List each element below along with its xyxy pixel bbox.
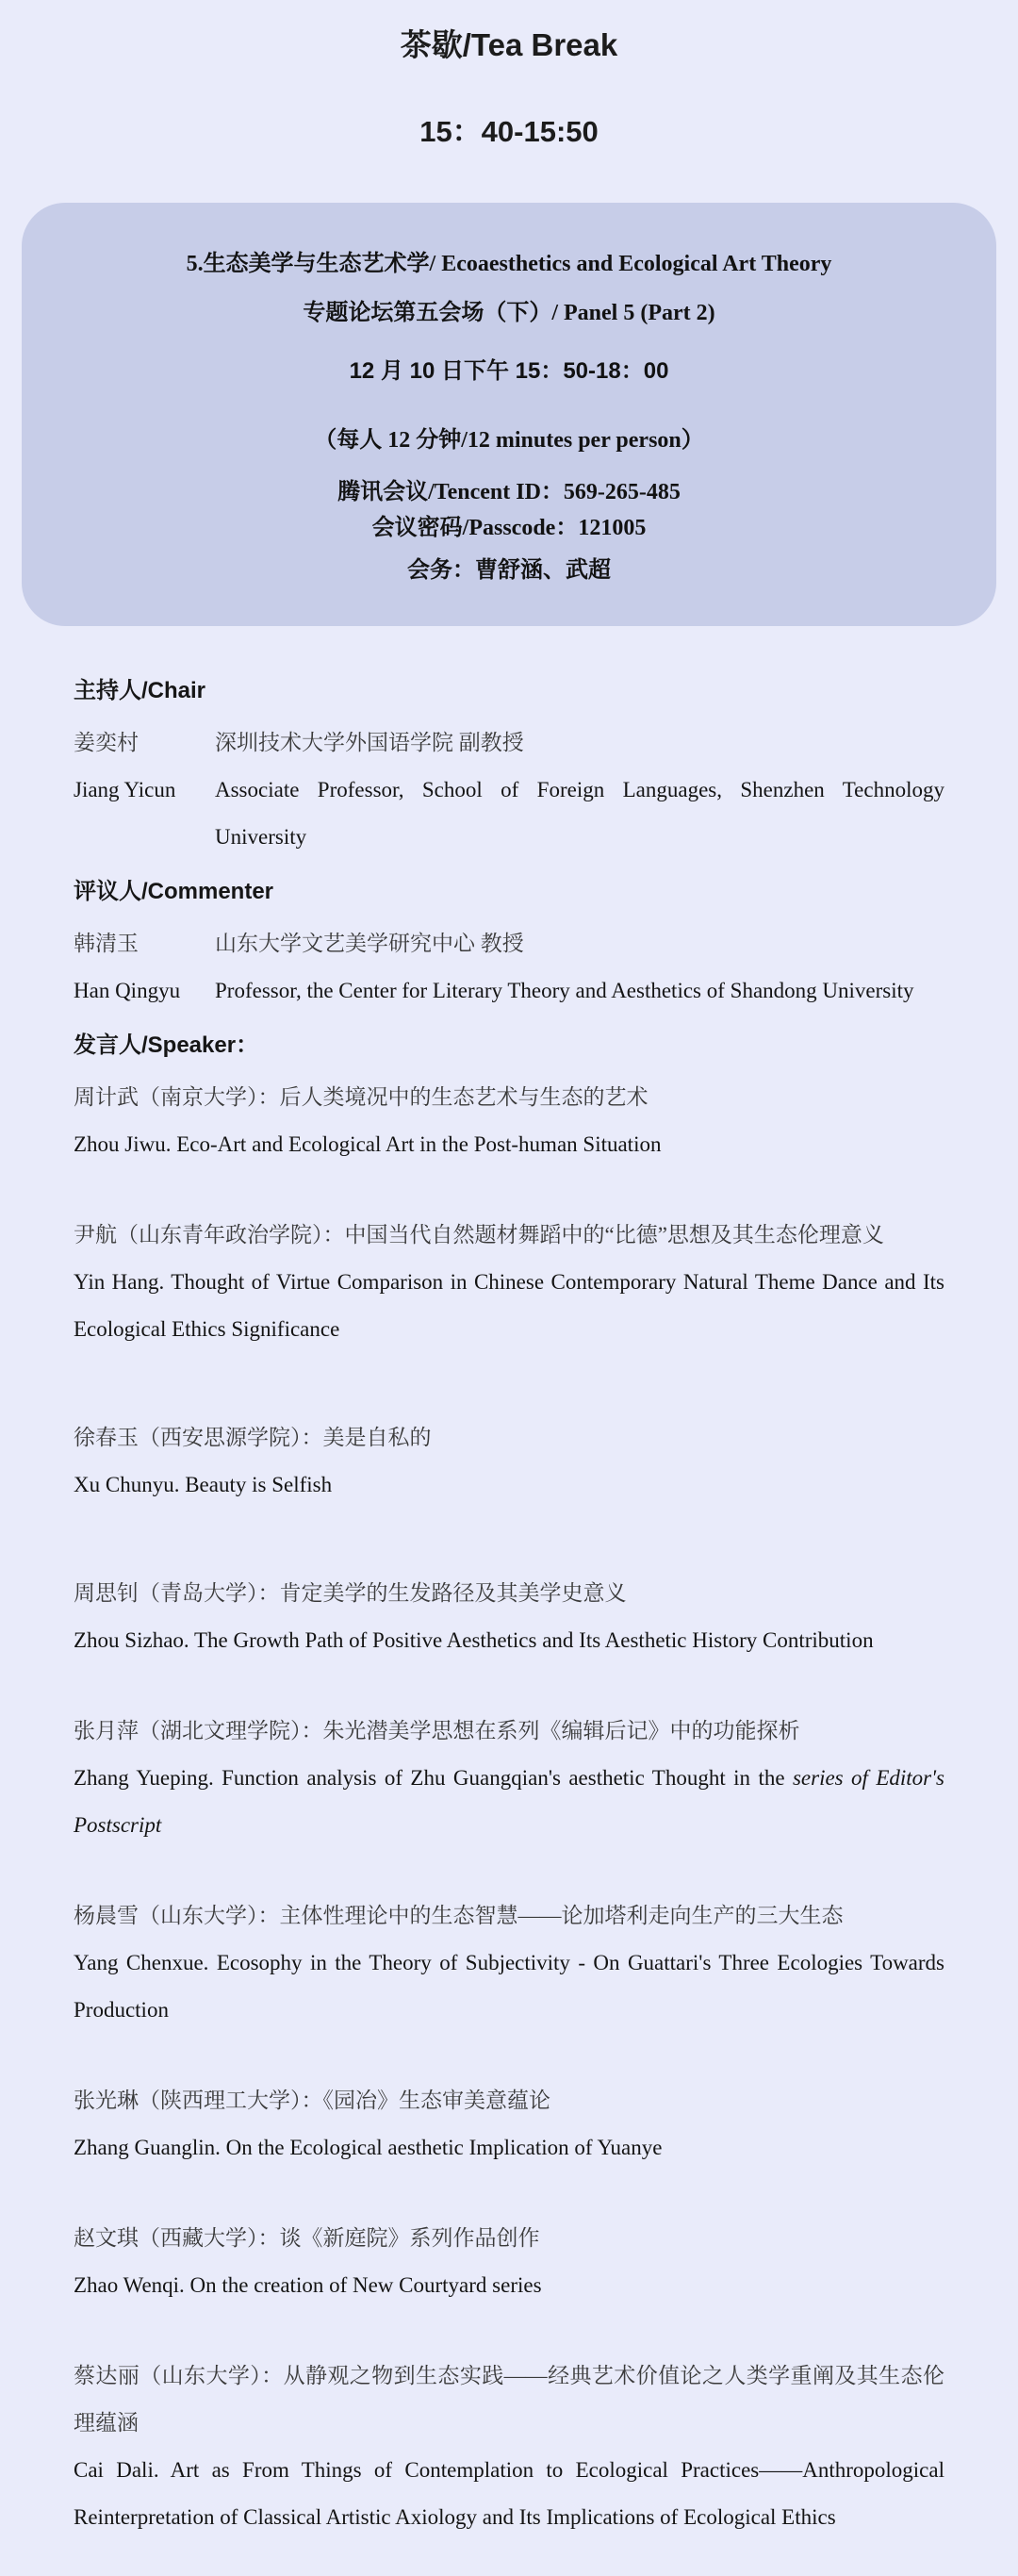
speaker-title-zh: 张月萍（湖北文理学院）：朱光潜美学思想在系列《编辑后记》中的功能探析	[74, 1708, 944, 1755]
speaker-title-zh: 蔡达丽（山东大学）：从静观之物到生态实践——经典艺术价值论之人类学重阐及其生态伦…	[74, 2353, 944, 2447]
speakers-heading: 发言人/Speaker：	[74, 1022, 944, 1069]
panel-staff: 会务：曹舒涵、武超	[50, 553, 968, 588]
speaker-item: 徐春玉（西安思源学院）：美是自私的 Xu Chunyu. Beauty is S…	[74, 1414, 944, 1509]
speaker-title-zh: 尹航（山东青年政治学院）：中国当代自然题材舞蹈中的“比德”思想及其生态伦理意义	[74, 1212, 944, 1259]
speaker-title-en: Zhou Jiwu. Eco-Art and Ecological Art in…	[74, 1121, 944, 1168]
speaker-item: 赵文琪（西藏大学）：谈《新庭院》系列作品创作 Zhao Wenqi. On th…	[74, 2215, 944, 2309]
chair-name-zh: 姜奕村	[74, 719, 215, 767]
chair-affiliation-en: Associate Professor, School of Foreign L…	[215, 767, 944, 861]
speaker-title-en: Cai Dali. Art as From Things of Contempl…	[74, 2447, 944, 2541]
speaker-title-en-text: Zhang Yueping. Function analysis of Zhu …	[74, 1766, 793, 1790]
panel-session: 专题论坛第五会场（下）/ Panel 5 (Part 2)	[50, 295, 968, 331]
panel-tencent-id: 腾讯会议/Tencent ID：569-265-485	[50, 474, 968, 510]
speaker-title-zh: 张光琳（陕西理工大学）：《园冶》生态审美意蕴论	[74, 2077, 944, 2124]
commenter-name-zh: 韩清玉	[74, 920, 215, 967]
chair-name-en: Jiang Yicun	[74, 767, 215, 861]
speaker-title-en: Xu Chunyu. Beauty is Selfish	[74, 1461, 944, 1509]
speaker-item: 杨晨雪（山东大学）：主体性理论中的生态智慧——论加塔利走向生产的三大生态 Yan…	[74, 1892, 944, 2034]
page-title: 茶歇/Tea Break	[0, 0, 1018, 66]
chair-row-en: Jiang Yicun Associate Professor, School …	[74, 767, 944, 861]
panel-time-per-person: （每人 12 分钟/12 minutes per person）	[50, 422, 968, 458]
chair-heading: 主持人/Chair	[74, 668, 944, 715]
speaker-item: 周思钊（青岛大学）：肯定美学的生发路径及其美学史意义 Zhou Sizhao. …	[74, 1570, 944, 1664]
speaker-title-en: Zhou Sizhao. The Growth Path of Positive…	[74, 1617, 944, 1664]
commenter-heading: 评议人/Commenter	[74, 868, 944, 916]
speaker-title-zh: 杨晨雪（山东大学）：主体性理论中的生态智慧——论加塔利走向生产的三大生态	[74, 1892, 944, 1940]
commenter-name-en: Han Qingyu	[74, 967, 215, 1015]
speaker-item: 张光琳（陕西理工大学）：《园冶》生态审美意蕴论 Zhang Guanglin. …	[74, 2077, 944, 2171]
program-body: 主持人/Chair 姜奕村 深圳技术大学外国语学院 副教授 Jiang Yicu…	[0, 668, 1018, 2541]
speaker-item: 周计武（南京大学）：后人类境况中的生态艺术与生态的艺术 Zhou Jiwu. E…	[74, 1074, 944, 1168]
chair-affiliation-zh: 深圳技术大学外国语学院 副教授	[215, 719, 944, 767]
speaker-title-zh: 周思钊（青岛大学）：肯定美学的生发路径及其美学史意义	[74, 1570, 944, 1617]
speaker-item: 尹航（山东青年政治学院）：中国当代自然题材舞蹈中的“比德”思想及其生态伦理意义 …	[74, 1212, 944, 1353]
commenter-row-zh: 韩清玉 山东大学文艺美学研究中心 教授	[74, 920, 944, 967]
commenter-row-en: Han Qingyu Professor, the Center for Lit…	[74, 967, 944, 1015]
panel-passcode: 会议密码/Passcode：121005	[50, 510, 968, 546]
commenter-affiliation-en: Professor, the Center for Literary Theor…	[215, 967, 944, 1015]
speaker-title-en: Zhang Yueping. Function analysis of Zhu …	[74, 1755, 944, 1849]
speaker-title-en: Yin Hang. Thought of Virtue Comparison i…	[74, 1259, 944, 1353]
panel-datetime: 12 月 10 日下午 15：50-18：00	[50, 354, 968, 389]
speaker-title-zh: 徐春玉（西安思源学院）：美是自私的	[74, 1414, 944, 1461]
tea-break-time: 15：40-15:50	[0, 111, 1018, 153]
chair-row-zh: 姜奕村 深圳技术大学外国语学院 副教授	[74, 719, 944, 767]
speaker-item: 蔡达丽（山东大学）：从静观之物到生态实践——经典艺术价值论之人类学重阐及其生态伦…	[74, 2353, 944, 2541]
panel-title: 5.生态美学与生态艺术学/ Ecoaesthetics and Ecologic…	[50, 246, 968, 282]
speaker-title-en: Yang Chenxue. Ecosophy in the Theory of …	[74, 1940, 944, 2034]
panel-info-box: 5.生态美学与生态艺术学/ Ecoaesthetics and Ecologic…	[22, 203, 996, 626]
speaker-item: 张月萍（湖北文理学院）：朱光潜美学思想在系列《编辑后记》中的功能探析 Zhang…	[74, 1708, 944, 1849]
commenter-affiliation-zh: 山东大学文艺美学研究中心 教授	[215, 920, 944, 967]
speaker-title-en: Zhang Guanglin. On the Ecological aesthe…	[74, 2124, 944, 2171]
speaker-title-zh: 赵文琪（西藏大学）：谈《新庭院》系列作品创作	[74, 2215, 944, 2262]
speaker-title-zh: 周计武（南京大学）：后人类境况中的生态艺术与生态的艺术	[74, 1074, 944, 1121]
speaker-title-en: Zhao Wenqi. On the creation of New Court…	[74, 2262, 944, 2309]
